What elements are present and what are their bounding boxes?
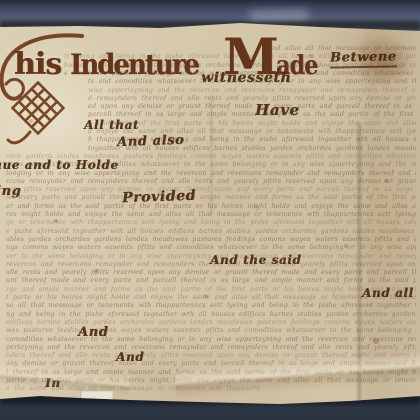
script-line: perteyning and the revercon and revercon… <box>0 343 416 351</box>
emphasized-word: Betwene <box>330 49 397 68</box>
emphasized-word: ing <box>0 184 21 199</box>
script-line: so all that messuage or tenemente wth th… <box>0 301 416 309</box>
script-line: ables yardes orchardes gardens landes me… <box>0 235 416 243</box>
script-line: comodities whatsoever to the same belong… <box>0 335 416 343</box>
script-line: ge or tenemente wth thappurtenncs sett l… <box>0 218 416 226</box>
script-line: edifices barnes stables yardes orchardes… <box>0 318 416 326</box>
fold-crease-mid <box>209 95 214 215</box>
emphasized-word: And <box>78 325 108 340</box>
script-line: rcons remaynder and remaynders thereof a… <box>0 177 416 185</box>
emphasized-word: And all <box>362 286 414 300</box>
script-line: alle rents and yearely pfitts reserved u… <box>0 268 416 276</box>
emphasized-word: And <box>116 350 144 364</box>
opening-word-indenture: Indenture <box>70 48 198 81</box>
emphasized-word: And also <box>117 133 185 150</box>
script-line: nd every parte and parcell thereof in as… <box>0 193 416 201</box>
emphasized-word: And the said <box>210 253 301 267</box>
script-line: res might holde and enjoye the same and … <box>0 210 416 218</box>
manuscript-photo: and allso all that messuage or tenemente… <box>0 0 420 420</box>
script-line: unt thereof made and every parte and par… <box>0 276 416 284</box>
foxing-specks <box>0 0 2 2</box>
emphasized-word: witnesseth <box>201 70 291 86</box>
script-line: e pishe aforesaid togeather wth all hous… <box>0 227 416 235</box>
script-line: rely pfitts reserved upon any demise or … <box>0 185 416 193</box>
script-line: er and forme as the said partie of the f… <box>0 202 416 210</box>
script-line: ngs comons wayes waters easemts pfitts a… <box>0 243 416 251</box>
parchment: and allso all that messuage or tenemente… <box>0 0 420 420</box>
emphasized-word: Provided <box>122 188 196 207</box>
script-line: t parte or his heires might holde and en… <box>0 293 416 301</box>
script-line: ver to the same belonging or in any wise… <box>0 252 416 260</box>
emphasized-word: Haue and to Holde <box>0 158 119 172</box>
script-line: wes pastures feedings comons wayes water… <box>0 326 416 334</box>
script-line: revercon and revercons remaynder and rem… <box>0 260 416 268</box>
emphasized-word: All that <box>84 118 139 132</box>
emphasized-word: Have <box>255 101 300 119</box>
script-line: rge and ample manner and forme as the sa… <box>0 285 416 293</box>
opening-word-this: his <box>14 47 61 82</box>
script-line: ng and being in the pishe aforesaid toge… <box>0 310 416 318</box>
